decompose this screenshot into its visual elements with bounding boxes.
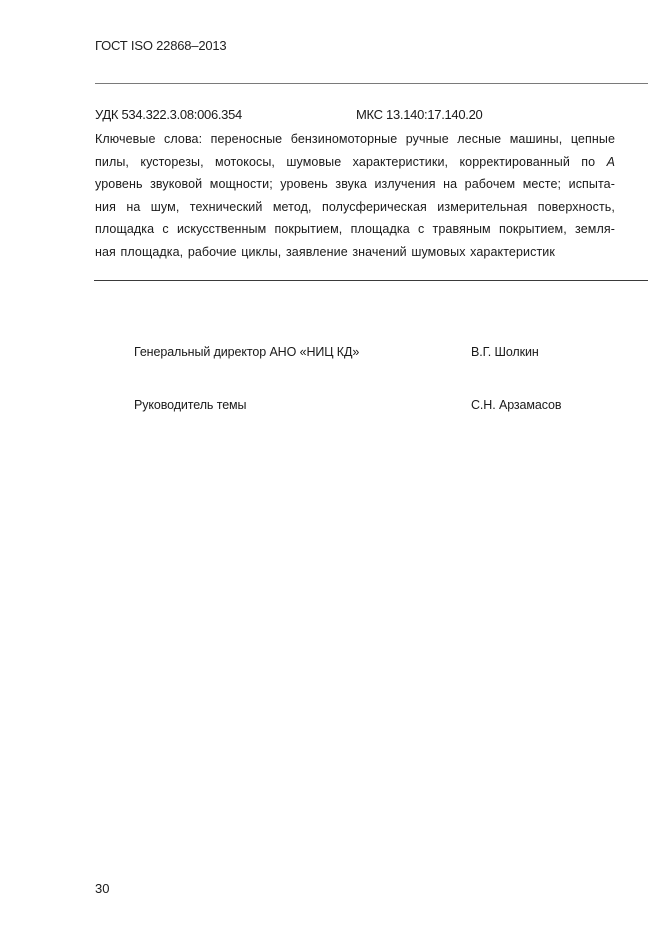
keywords-line: площадка с искусственным покрытием, площ…: [95, 218, 615, 241]
keywords-italic-letter: А: [607, 155, 615, 169]
document-header-title: ГОСТ ISO 22868–2013: [95, 38, 226, 53]
udk-code: УДК 534.322.3.08:006.354: [95, 107, 242, 122]
keywords-divider: [94, 280, 648, 281]
keywords-paragraph: Ключевые слова: переносные бензиномоторн…: [95, 128, 615, 264]
signature-role: Руководитель темы: [134, 398, 246, 412]
header-divider: [95, 83, 648, 84]
mks-code: МКС 13.140:17.140.20: [356, 107, 482, 122]
page-number: 30: [95, 881, 109, 896]
keywords-line: Ключевые слова: переносные бензиномоторн…: [95, 128, 615, 151]
signature-name: В.Г. Шолкин: [471, 345, 539, 359]
keywords-line: пилы, кусторезы, мотокосы, шумовые харак…: [95, 151, 615, 174]
keywords-line: уровень звуковой мощности; уровень звука…: [95, 173, 615, 196]
keywords-line: ная площадка, рабочие циклы, заявление з…: [95, 241, 615, 264]
signature-name: С.Н. Арзамасов: [471, 398, 561, 412]
keywords-line-text: пилы, кусторезы, мотокосы, шумовые харак…: [95, 155, 607, 169]
signature-role: Генеральный директор АНО «НИЦ КД»: [134, 345, 359, 359]
keywords-line: ния на шум, технический метод, полусфери…: [95, 196, 615, 219]
